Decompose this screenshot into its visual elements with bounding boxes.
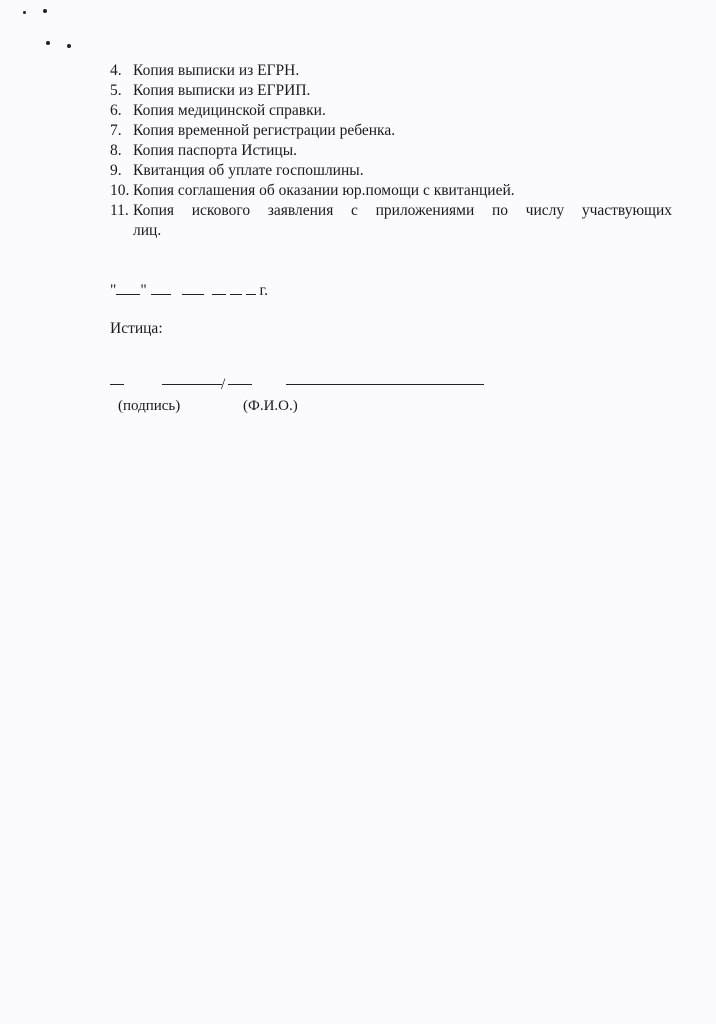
item-number: 8. (110, 141, 122, 161)
item-text: Копия соглашения об оказании юр.помощи с… (133, 182, 515, 199)
year-suffix: г. (260, 282, 268, 299)
scan-speck (46, 41, 50, 45)
year-blank-3 (246, 280, 256, 295)
item-text: Квитанция об уплате госпошлины. (133, 162, 364, 179)
item-number: 6. (110, 101, 122, 121)
signature-line-prefix (110, 384, 124, 385)
item-text: Копия паспорта Истицы. (133, 142, 297, 159)
attachment-item: 4. Копия выписки из ЕГРН. (110, 61, 672, 81)
day-blank (116, 280, 140, 295)
scan-speck (43, 9, 47, 13)
item-text: Копия выписки из ЕГРН. (133, 62, 299, 79)
item-text: Копия временной регистрации ребенка. (133, 122, 395, 139)
close-quote: " (140, 282, 146, 299)
attachment-item: 6. Копия медицинской справки. (110, 101, 672, 121)
attachment-item: 7. Копия временной регистрации ребенка. (110, 121, 672, 141)
item-text: Копия искового заявления с приложениями … (133, 201, 672, 221)
year-blank-2 (230, 280, 242, 295)
attachment-item: 11. Копия искового заявления с приложени… (110, 201, 672, 241)
attachment-item: 10. Копия соглашения об оказании юр.помо… (110, 181, 672, 201)
item-number: 5. (110, 81, 122, 101)
attachment-item: 9. Квитанция об уплате госпошлины. (110, 161, 672, 181)
scan-speck (67, 44, 71, 48)
attachment-item: 8. Копия паспорта Истицы. (110, 141, 672, 161)
signature-caption: (подпись) (118, 398, 180, 415)
item-number: 11. (110, 201, 129, 221)
item-number: 10. (110, 181, 129, 201)
month-blank (151, 280, 171, 295)
year-blank (212, 280, 226, 295)
item-number: 9. (110, 161, 122, 181)
item-number: 7. (110, 121, 122, 141)
name-caption: (Ф.И.О.) (243, 398, 298, 415)
item-text: Копия медицинской справки. (133, 102, 326, 119)
signature-slash: / (221, 376, 225, 394)
name-line (286, 384, 484, 385)
signature-line (162, 384, 222, 385)
scan-speck (23, 11, 26, 14)
month-blank-2 (182, 280, 204, 295)
name-line-prefix (228, 384, 252, 385)
item-text: Копия выписки из ЕГРИП. (133, 82, 310, 99)
attachment-item: 5. Копия выписки из ЕГРИП. (110, 81, 672, 101)
item-text-continuation: лиц. (133, 221, 672, 241)
signer-label: Истица: (110, 320, 163, 338)
date-line: "" г. (110, 280, 268, 301)
item-number: 4. (110, 61, 122, 81)
attachments-list: 4. Копия выписки из ЕГРН. 5. Копия выпис… (110, 61, 672, 241)
